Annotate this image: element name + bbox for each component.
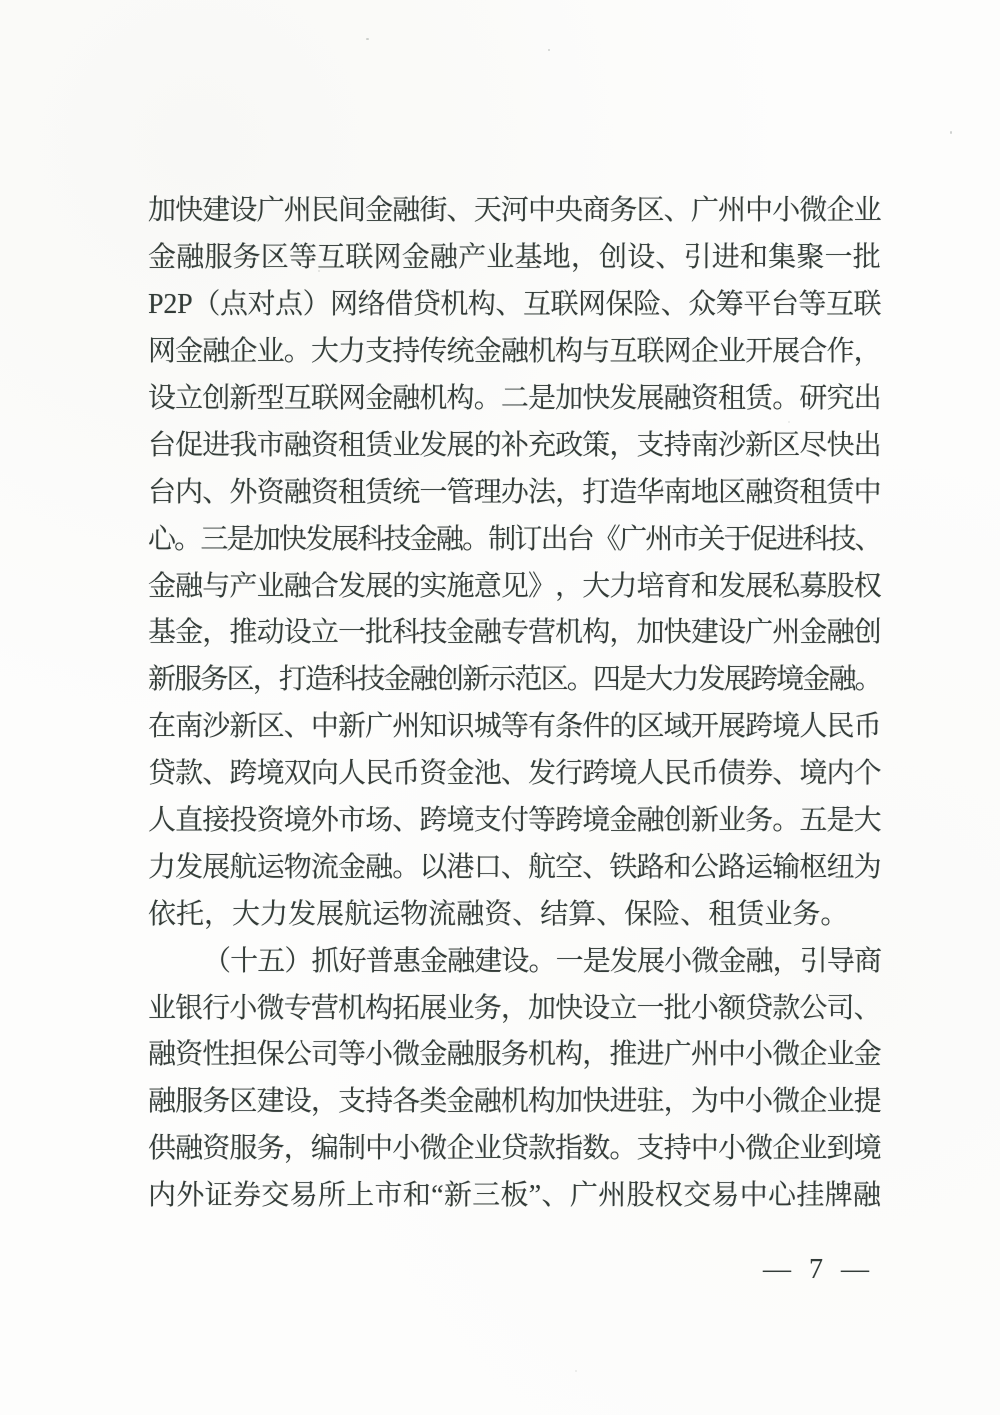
document-page: 加快建设广州民间金融街、天河中央商务区、广州中小微企业 金融服务区等互联网金融产… [0, 0, 1000, 1415]
document-line: 台内、外资融资租赁统一管理办法，打造华南地区融资租赁中 [148, 469, 881, 516]
document-body: 加快建设广州民间金融街、天河中央商务区、广州中小微企业 金融服务区等互联网金融产… [148, 188, 881, 1220]
document-line: 贷款、跨境双向人民币资金池、发行跨境人民币债券、境内个 [148, 751, 881, 798]
document-line: 加快建设广州民间金融街、天河中央商务区、广州中小微企业 [148, 188, 881, 235]
page-number: — 7 — [763, 1254, 871, 1286]
scan-speck [788, 421, 790, 423]
document-line: 网金融企业。大力支持传统金融机构与互联网企业开展合作， [148, 329, 881, 376]
document-line: 人直接投资境外市场、跨境支付等跨境金融创新业务。五是大 [148, 798, 881, 845]
scan-speck [712, 1048, 714, 1050]
document-line: 心。三是加快发展科技金融。制订出台《广州市关于促进科技、 [148, 516, 881, 563]
scan-speck [548, 49, 550, 51]
scan-speck [366, 38, 369, 40]
document-line: 力发展航运物流金融。以港口、航空、铁路和公路运输枢纽为 [148, 844, 881, 891]
document-line: P2P（点对点）网络借贷机构、互联网保险、众筹平台等互联 [148, 282, 881, 329]
document-line: 台促进我市融资租赁业发展的补充政策，支持南沙新区尽快出 [148, 422, 881, 469]
document-line: 金融服务区等互联网金融产业基地，创设、引进和集聚一批 [148, 235, 881, 282]
scan-speck [950, 131, 952, 134]
document-line: 设立创新型互联网金融机构。二是加快发展融资租赁。研究出 [148, 376, 881, 423]
document-line: 内外证券交易所上市和“新三板”、广州股权交易中心挂牌融 [148, 1173, 881, 1220]
document-line: 在南沙新区、中新广州知识城等有条件的区域开展跨境人民币 [148, 704, 881, 751]
document-line-paragraph-start: （十五）抓好普惠金融建设。一是发展小微金融，引导商 [148, 938, 881, 985]
scan-speck [575, 1370, 577, 1372]
document-line: 供融资服务，编制中小微企业贷款指数。支持中小微企业到境 [148, 1126, 881, 1173]
document-line: 金融与产业融合发展的实施意见》，大力培育和发展私募股权 [148, 563, 881, 610]
document-line: 基金，推动设立一批科技金融专营机构，加快建设广州金融创 [148, 610, 881, 657]
document-line: 业银行小微专营机构拓展业务，加快设立一批小额贷款公司、 [148, 985, 881, 1032]
document-line-paragraph-end: 依托，大力发展航运物流融资、结算、保险、租赁业务。 [148, 891, 881, 938]
document-line: 新服务区，打造科技金融创新示范区。四是大力发展跨境金融。 [148, 657, 881, 704]
document-line: 融资性担保公司等小微金融服务机构，推进广州中小微企业金 [148, 1032, 881, 1079]
scan-speck [318, 270, 320, 272]
document-line: 融服务区建设，支持各类金融机构加快进驻，为中小微企业提 [148, 1079, 881, 1126]
